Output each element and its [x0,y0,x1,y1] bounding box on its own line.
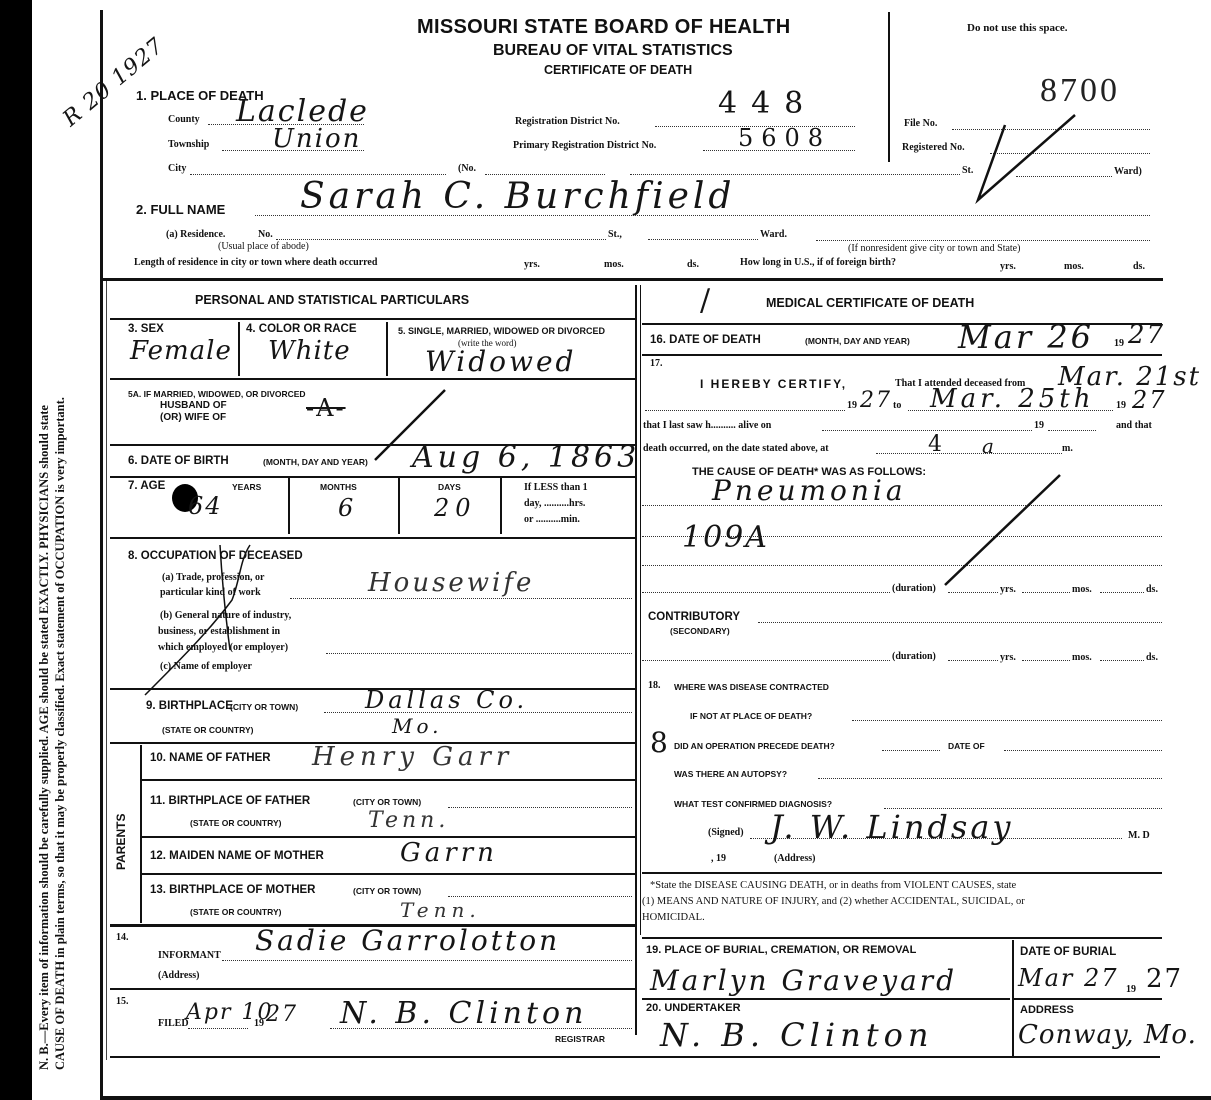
length-mos: mos. [604,259,624,270]
death-time-line [876,453,1062,454]
footnote-rule [642,937,1162,939]
form-name: CERTIFICATE OF DEATH [544,63,692,77]
undertaker-label: 20. UNDERTAKER [646,1002,741,1014]
registrar-label: REGISTRAR [555,1034,605,1044]
to-label: to [893,400,901,411]
duration-line-1 [642,592,890,593]
burial-date-label: DATE OF BURIAL [1020,946,1116,958]
burial-year-prefix: 19 [1126,984,1136,995]
check-slash-mark [970,105,1090,205]
header-divider [103,278,1163,281]
residence-no-line [276,239,606,240]
duration-yrs-1: yrs. [1000,584,1016,595]
operation-label: DID AN OPERATION PRECEDE DEATH? [674,741,835,751]
burial-place-label: 19. PLACE OF BURIAL, CREMATION, OR REMOV… [646,944,916,956]
medical-section-title: MEDICAL CERTIFICATE OF DEATH [766,296,974,310]
dob-label: 6. DATE OF BIRTH [128,455,229,467]
length-of-residence-label: Length of residence in city or town wher… [134,257,377,268]
footnote-line-3: HOMICIDAL. [642,912,705,923]
duration-line-2 [642,660,890,661]
margin-eight-mark: 8 [650,726,670,759]
cause-code-value[interactable]: 109A [682,520,769,555]
residence-ward-label: Ward. [760,229,787,240]
parents-rule-1 [142,779,635,781]
race-label: 4. COLOR OR RACE [246,323,357,335]
age-divider-2 [398,478,400,534]
spouse-label-2: HUSBAND OF [160,400,227,411]
street-no-label: (No. [458,163,476,174]
burial-rule [642,998,1010,1000]
dob-sub-label: (MONTH, DAY AND YEAR) [263,457,368,467]
mother-birthplace-label: 13. BIRTHPLACE OF MOTHER [150,884,315,896]
undertaker-value[interactable]: N. B. Clinton [660,1016,933,1054]
spouse-label-1: 5A. IF MARRIED, WIDOWED, OR DIVORCED [128,389,306,399]
employer-line [326,653,632,654]
father-birthplace-label: 11. BIRTHPLACE OF FATHER [150,795,310,807]
row-rule-3 [110,476,635,478]
father-state-sublabel: (STATE OR COUNTRY) [190,818,281,828]
burial-place-value[interactable]: Marlyn Graveyard [650,964,957,997]
burial-year-value[interactable]: 27 [1146,964,1183,994]
and-that-text: and that [1116,420,1152,431]
secondary-label: (SECONDARY) [670,626,730,636]
last-saw-year-prefix: 19 [1034,420,1044,431]
row-rule-1 [110,378,635,380]
occupation-strike-scribble [140,540,310,700]
sex-value[interactable]: Female [130,336,232,366]
signed-year-prefix: , 19 [711,853,726,864]
operation-line [882,750,940,751]
foreign-birth-label: How long in U.S., if of foreign birth? [740,257,896,268]
father-name-label: 10. NAME OF FATHER [150,752,271,764]
less-than-day-label-3: or ..........min. [524,514,580,525]
office-note: Do not use this space. [967,22,1068,34]
cause-line-3 [642,565,1162,566]
city-line [190,174,446,175]
length-ds: ds. [687,259,699,270]
less-than-day-label-2: day, ..........hrs. [524,498,585,509]
margin-line-2: CAUSE OF DEATH in plain terms, so that i… [52,397,68,1070]
last-saw-year-line [1048,430,1096,431]
father-state-value[interactable]: Tenn. [368,808,449,833]
operation-date-line [1004,750,1162,751]
duration-ds-1: ds. [1146,584,1158,595]
marital-label: 5. SINGLE, MARRIED, WIDOWED OR DIVORCED [398,326,605,336]
primary-registration-label: Primary Registration District No. [513,140,656,151]
dod-label: 16. DATE OF DEATH [650,334,761,346]
spouse-label-3: (OR) WIFE OF [160,412,226,423]
item-17-number: 17. [650,358,663,369]
township-value[interactable]: Union [272,124,361,154]
age-days-label: DAYS [438,482,461,492]
duration-mos-1: mos. [1072,584,1092,595]
registration-district-value[interactable]: 448 [718,86,817,121]
death-occurred-text: death occurred, on the date stated above… [643,443,829,454]
duration-mos-line-2 [1022,660,1070,661]
footnote-line-1: *State the DISEASE CAUSING DEATH, or in … [650,880,1016,891]
footnote-line-2: (1) MEANS AND NATURE OF INJURY, and (2) … [642,896,1025,907]
file-no-label: File No. [904,118,937,129]
column-divider [635,285,637,1035]
foreign-yrs: yrs. [1000,261,1016,272]
mother-name-value[interactable]: Garrn [400,838,498,868]
street-line [630,174,960,175]
medical-check-mark: / [700,283,712,318]
operation-date-label: DATE OF [948,741,985,751]
dob-value[interactable]: Aug 6, 1863 [412,440,640,475]
if-not-place-line [852,720,1162,721]
undertaker-address-value[interactable]: Conway, Mo. [1018,1020,1197,1050]
race-marital-divider [386,322,388,376]
township-label: Township [168,139,209,150]
filed-year-prefix: 19 [254,1018,264,1029]
informant-line [222,960,632,961]
less-than-day-label-1: If LESS than 1 [524,482,588,493]
margin-instructions: N. B.—Every item of information should b… [36,397,68,1070]
duration-label-2: (duration) [892,651,936,662]
father-birthplace-city-sublabel: (CITY OR TOWN) [353,797,421,807]
form-title: MISSOURI STATE BOARD OF HEALTH [417,16,790,39]
duration-yrs-line-2 [948,660,998,661]
attended-to-year-prefix: 19 [1116,400,1126,411]
frame-left-inner [106,280,107,1060]
age-label: 7. AGE [128,480,165,492]
informant-label: INFORMANT [158,950,221,961]
residence-no-label: No. [258,229,273,240]
cause-of-death-value[interactable]: Pneumonia [712,474,907,507]
ward-label: Ward) [1114,166,1142,177]
informant-value[interactable]: Sadie Garrolotton [255,924,560,957]
age-divider-1 [288,478,290,534]
autopsy-label: WAS THERE AN AUTOPSY? [674,769,787,779]
last-saw-text: that I last saw h.......... alive on [643,420,771,431]
md-label: M. D [1128,830,1150,841]
column-divider-inner [640,285,641,935]
autopsy-line [818,778,1162,779]
where-contracted-label: WHERE WAS DISEASE CONTRACTED [674,682,829,692]
frame-bottom [100,1096,1211,1100]
filed-label: FILED [158,1018,189,1029]
parents-side-label: PARENTS [114,814,128,870]
death-ampm-value[interactable]: a [982,434,996,458]
foreign-ds: ds. [1133,261,1145,272]
duration-yrs-2: yrs. [1000,652,1016,663]
personal-section-title: PERSONAL AND STATISTICAL PARTICULARS [195,293,469,307]
death-time-value[interactable]: 4 [928,432,944,457]
birthplace-state-value[interactable]: Mo. [392,714,443,738]
parents-rule-2 [142,836,635,838]
informant-number: 14. [116,932,129,943]
attended-from-year-prefix: 19 [847,400,857,411]
certify-caps: I HEREBY CERTIFY, [700,377,847,391]
filed-number: 15. [116,996,129,1007]
dod-year-value[interactable]: 27 [1128,320,1165,350]
bottom-rule [110,1056,1160,1058]
mother-birthplace-city-sublabel: (CITY OR TOWN) [353,886,421,896]
dod-year-prefix: 19 [1114,338,1124,349]
mother-state-value[interactable]: Tenn. [400,898,481,922]
father-name-value[interactable]: Henry Garr [312,742,513,772]
informant-address-label: (Address) [158,970,199,981]
registered-no-label: Registered No. [902,142,965,153]
street-no-line [485,174,605,175]
usual-abode-note: (Usual place of abode) [218,241,309,252]
mother-state-sublabel: (STATE OR COUNTRY) [190,907,281,917]
attended-from-line [645,410,845,411]
residence-ward-line [648,239,758,240]
county-label: County [168,114,200,125]
office-box-divider [888,12,890,162]
burial-date-value[interactable]: Mar 27 [1018,964,1119,992]
nonresident-note: (If nonresident give city or town and St… [848,243,1020,254]
dod-value[interactable]: Mar 26 [958,318,1094,356]
nonresident-line [816,240,1150,241]
sex-race-divider [238,322,240,376]
duration-ds-line-2 [1100,660,1144,661]
parents-rule-3 [142,873,635,875]
scan-margin [0,0,32,1100]
occupation-line [290,598,632,599]
father-birthplace-line [448,807,632,808]
duration-yrs-line-1 [948,592,998,593]
mother-birthplace-line [448,896,632,897]
age-divider-3 [500,478,502,534]
duration-mos-2: mos. [1072,652,1092,663]
foreign-mos: mos. [1064,261,1084,272]
form-subtitle: BUREAU OF VITAL STATISTICS [493,42,733,60]
contributory-line [758,622,1162,623]
birthplace-state-sublabel: (STATE OR COUNTRY) [162,725,253,735]
birthplace-value[interactable]: Dallas Co. [365,686,528,714]
margin-line-1: N. B.—Every item of information should b… [36,397,52,1070]
personal-title-rule [110,318,635,320]
age-years-value[interactable]: 64 [188,492,223,520]
age-months-label: MONTHS [320,482,357,492]
primary-registration-value[interactable]: 5608 [738,124,831,152]
attended-to-year[interactable]: 27 [1132,386,1167,414]
city-label: City [168,163,186,174]
cause-slash-mark [940,470,1070,590]
occupation-value[interactable]: Housewife [368,568,534,598]
residence-street-label: St., [608,229,622,240]
spouse-value[interactable]: -A- [306,394,346,422]
received-stamp: R 20 1927 [58,33,169,132]
registration-district-label: Registration District No. [515,116,620,127]
item-18-number: 18. [648,680,661,691]
signature-rule [642,872,1162,874]
dod-rule [642,354,1162,356]
duration-ds-2: ds. [1146,652,1158,663]
length-yrs: yrs. [524,259,540,270]
race-value[interactable]: White [268,336,351,366]
if-not-place-label: IF NOT AT PLACE OF DEATH? [690,711,812,721]
last-saw-line [822,430,1032,431]
time-m-label: m. [1062,443,1073,454]
full-name-value[interactable]: Sarah C. Burchfield [300,176,735,217]
duration-ds-line-1 [1100,592,1144,593]
birthplace-label: 9. BIRTHPLACE [146,700,233,712]
age-months-value[interactable]: 6 [338,494,355,522]
full-name-label: 2. FULL NAME [136,202,225,217]
physician-signature[interactable]: J. W. Lindsay [770,808,1013,846]
frame-left [100,10,103,1100]
attended-from-year[interactable]: 27 [860,388,892,413]
filed-date-line [188,1028,248,1029]
age-years-label: YEARS [232,482,261,492]
burial-date-rule [1014,998,1162,1000]
attended-to-value[interactable]: Mar. 25th [930,384,1095,414]
physician-address-label: (Address) [774,853,815,864]
parents-bracket [140,745,142,923]
sex-label: 3. SEX [128,323,164,335]
duration-label-1: (duration) [892,583,936,594]
informant-rule [110,988,635,990]
filed-year-value[interactable]: 27 [266,1002,298,1027]
contributory-label: CONTRIBUTORY [648,611,740,623]
undertaker-address-label: ADDRESS [1020,1004,1074,1016]
duration-mos-line-1 [1022,592,1070,593]
birthplace-city-sublabel: (CITY OR TOWN) [230,702,298,712]
dod-sub-label: (MONTH, DAY AND YEAR) [805,336,910,346]
age-days-value[interactable]: 20 [434,494,477,522]
marital-value[interactable]: Widowed [425,345,576,378]
registrar-signature[interactable]: N. B. Clinton [340,996,587,1031]
mother-name-label: 12. MAIDEN NAME OF MOTHER [150,850,324,862]
row-rule-4 [110,537,635,539]
residence-label: (a) Residence. [166,229,225,240]
signed-label: (Signed) [708,827,744,838]
